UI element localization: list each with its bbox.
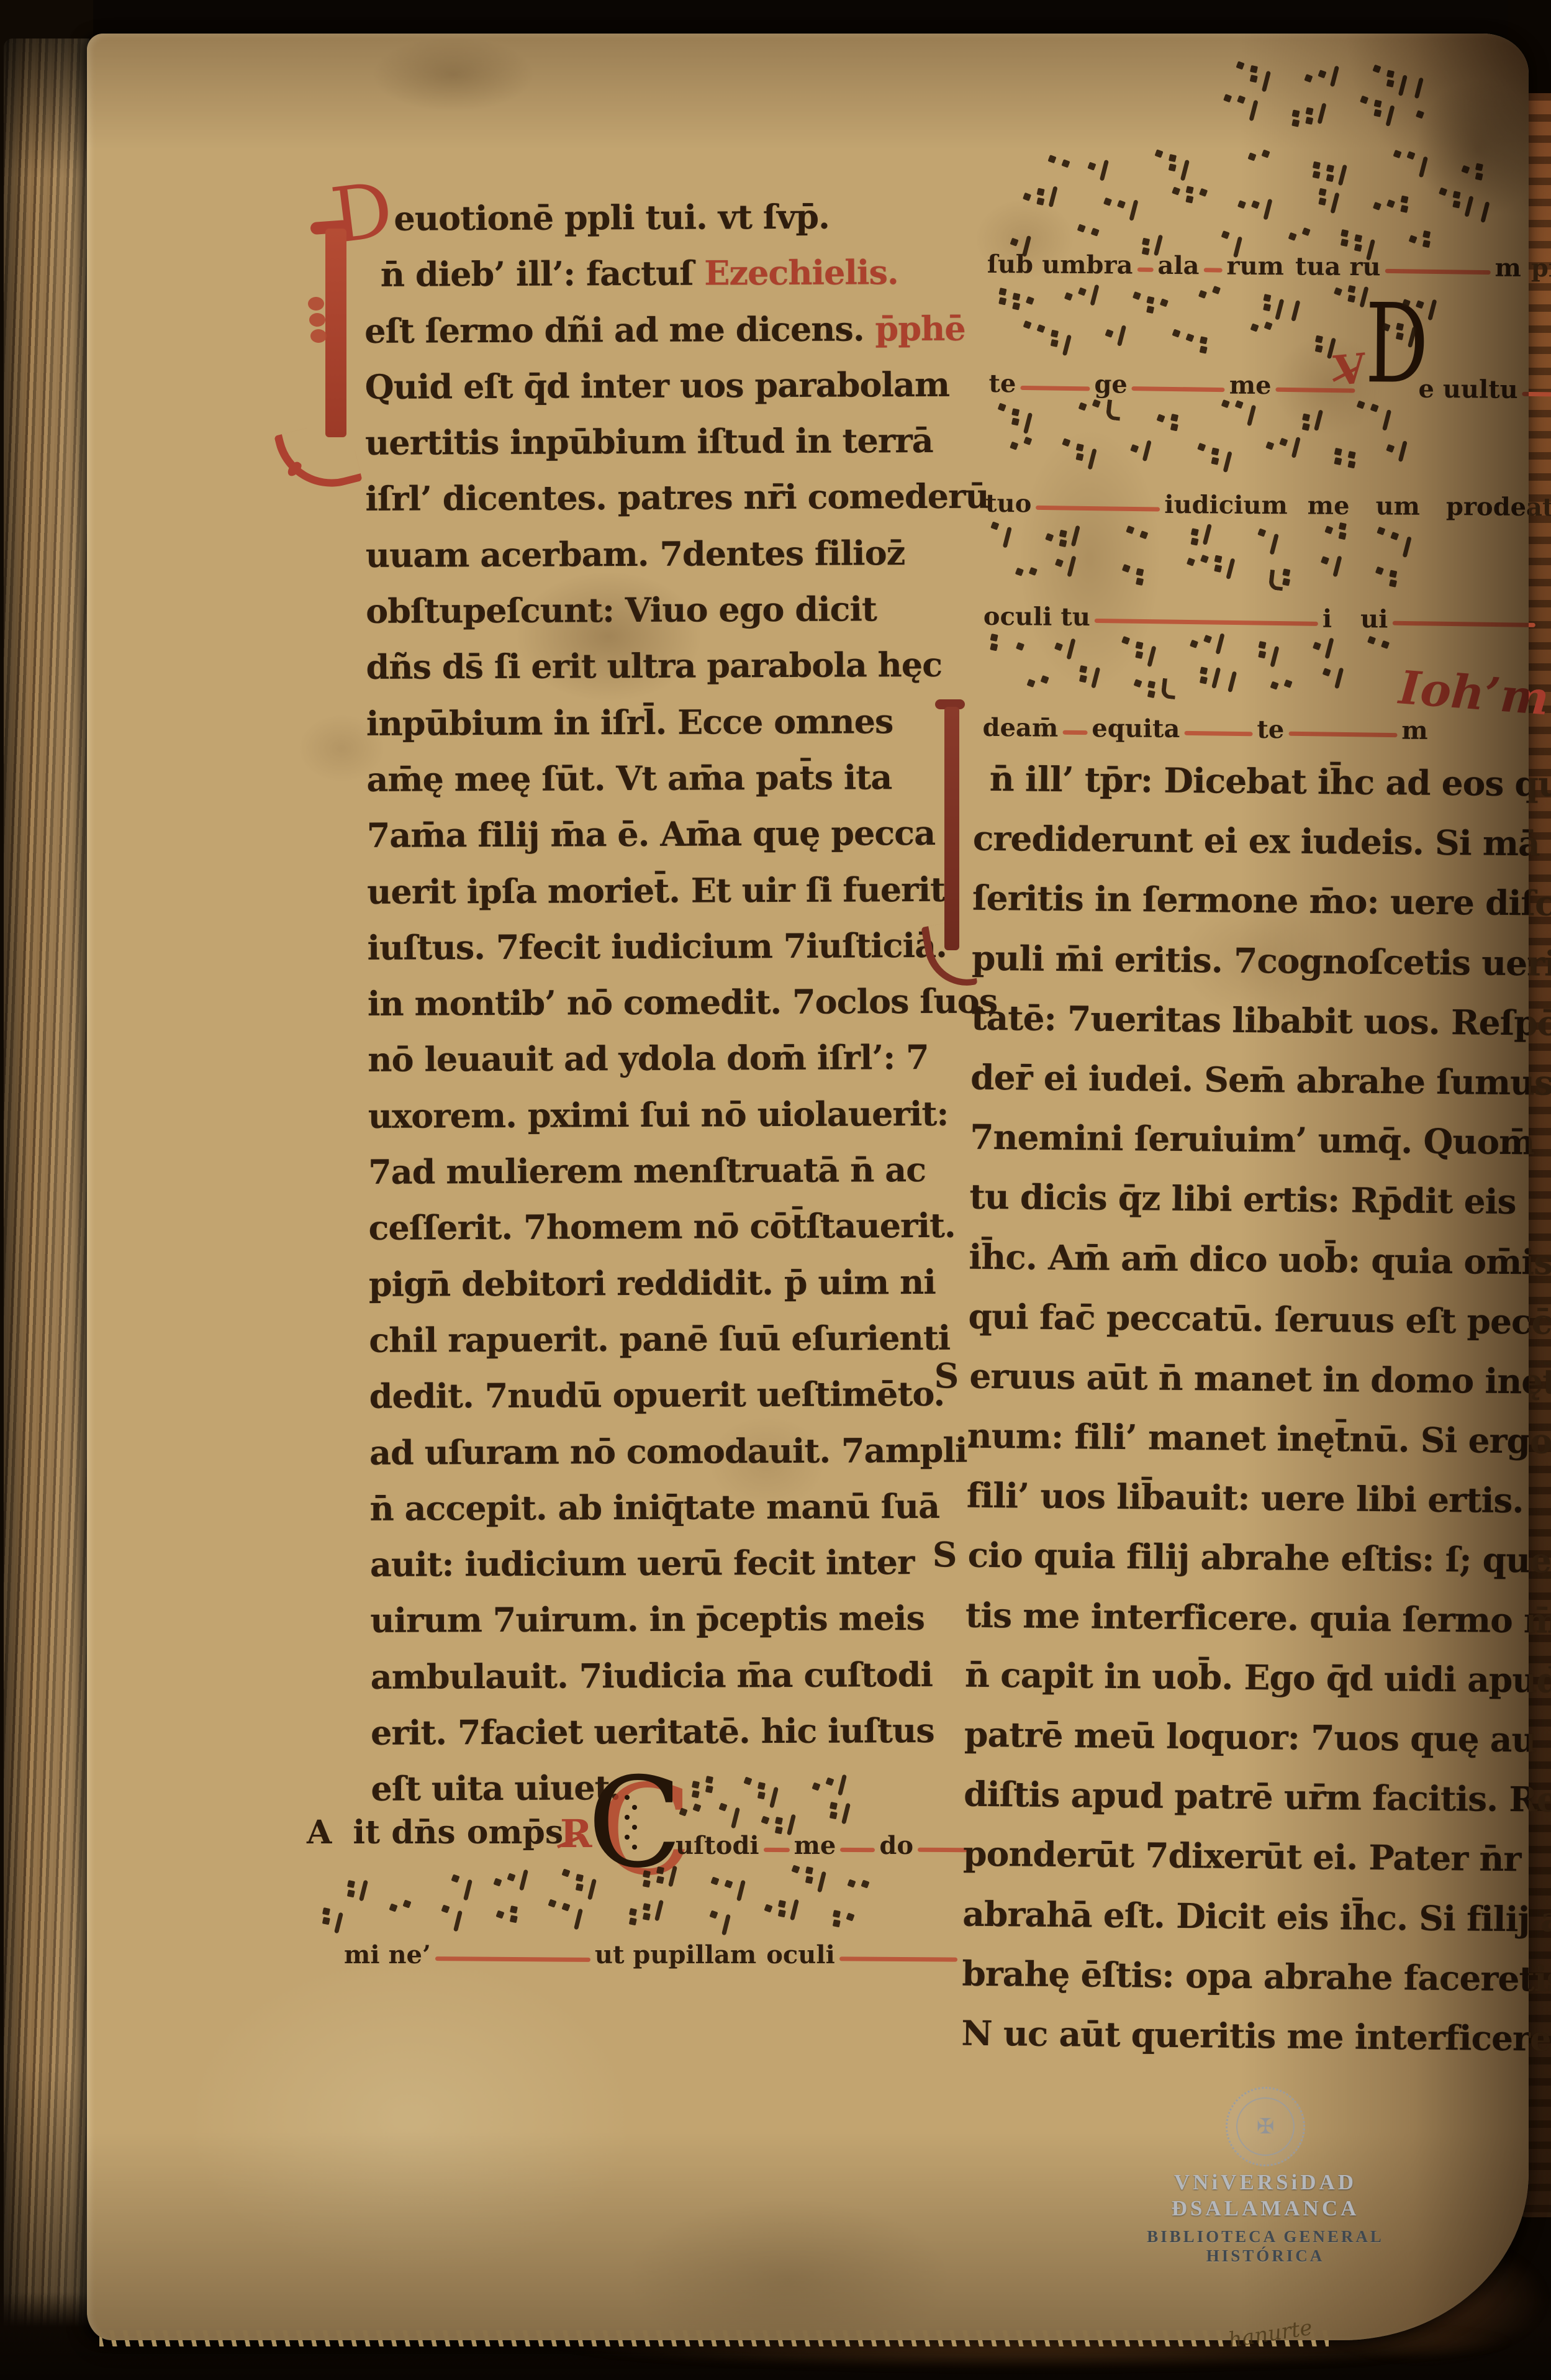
neume-mark bbox=[998, 402, 1006, 411]
body-text: n̄ capit in uob̄. Ego q̄d uidi apud bbox=[965, 1654, 1551, 1700]
body-text: tatē: 7ueritas libabit uos. Reſpō bbox=[971, 997, 1551, 1043]
body-text: tu dicis q̄z libi ertis: Rp̄dit eis bbox=[969, 1176, 1516, 1222]
manuscript-line: fili’ uos lib̄auit: uere libi ertis. bbox=[966, 1475, 1532, 1540]
neume-mark bbox=[1011, 408, 1020, 416]
red-extender-line bbox=[1062, 730, 1087, 735]
neume-mark bbox=[1023, 193, 1031, 201]
neume-mark bbox=[1223, 94, 1232, 102]
neume-mark bbox=[1142, 238, 1150, 246]
lyric-word: prodeat bbox=[1446, 492, 1551, 522]
neume-mark bbox=[1130, 444, 1139, 453]
neume-mark bbox=[1409, 235, 1418, 243]
neume-mark bbox=[1071, 525, 1080, 547]
neume-mark bbox=[1270, 646, 1279, 668]
manuscript-line: n̄ capit in uob̄. Ego q̄d uidi apud bbox=[964, 1654, 1530, 1719]
lyric-gap bbox=[1289, 519, 1306, 520]
lyric-word: m bbox=[1494, 253, 1521, 283]
neume-mark bbox=[1023, 412, 1033, 434]
neume-mark bbox=[1377, 527, 1385, 535]
neume-mark bbox=[1338, 165, 1347, 186]
neume-mark bbox=[1029, 566, 1038, 575]
neume-mark bbox=[1076, 443, 1084, 452]
neume-mark bbox=[1172, 329, 1180, 337]
neume-mark bbox=[1263, 198, 1272, 220]
manuscript-line: tis me interficere. quia ſermo m̄s bbox=[965, 1594, 1531, 1660]
neume-mark bbox=[1373, 202, 1381, 211]
body-text: puli m̄i eritis. 7cognoſcetis ueri bbox=[972, 937, 1551, 983]
red-extender-line bbox=[1288, 732, 1397, 737]
neume-mark bbox=[1078, 402, 1087, 411]
lyric-word: e uultu bbox=[1418, 375, 1518, 404]
neume-mark bbox=[1235, 401, 1244, 409]
body-text: ih̄c. Am̄ am̄ dico uob̄: quia om̄is bbox=[969, 1236, 1551, 1282]
neume-mark bbox=[1092, 399, 1101, 407]
neume-mark bbox=[1211, 448, 1219, 456]
neume-mark bbox=[1251, 201, 1260, 209]
lyric-word: te bbox=[1257, 715, 1284, 744]
lyric-gap bbox=[1333, 633, 1359, 634]
neume-mark bbox=[1291, 437, 1301, 458]
neume-mark bbox=[1147, 681, 1155, 689]
manuscript-line: n̄ ill’ tp̄r: Dicebat ih̄c ad eos qui bbox=[989, 758, 1539, 824]
red-extender-line bbox=[1385, 269, 1491, 275]
seal-cross-icon: ✠ bbox=[1255, 2116, 1276, 2137]
manuscript-line: crediderunt ei ex iudeis. Si mā bbox=[972, 818, 1538, 883]
manuscript-line: patrē meū loquor: 7uos quę au bbox=[964, 1714, 1529, 1779]
body-text: patrē meū loquor: 7uos quę au bbox=[964, 1714, 1536, 1760]
lyric-word: oculi bbox=[984, 602, 1052, 632]
neume-mark bbox=[1172, 186, 1180, 195]
neume-mark bbox=[1236, 61, 1244, 70]
chant-lyric-line: oculituiui bbox=[982, 602, 1539, 635]
neume-mark bbox=[1117, 200, 1126, 209]
neume-mark bbox=[1091, 667, 1100, 689]
manuscript-line: S cio quia filij abrahe eſtis: ſ; queri bbox=[932, 1535, 1531, 1600]
red-extender-line bbox=[1137, 268, 1153, 272]
body-text: S cio quia filij abrahe eſtis: ſ; queri bbox=[933, 1535, 1551, 1581]
neume-mark bbox=[1393, 150, 1402, 158]
body-text: crediderunt ei ex iudeis. Si mā bbox=[973, 818, 1540, 864]
neume-mark bbox=[1134, 679, 1142, 688]
neume-mark bbox=[1223, 451, 1232, 473]
lyric-gap bbox=[1421, 520, 1445, 521]
neume-mark bbox=[1037, 188, 1045, 196]
neume-mark bbox=[1401, 196, 1409, 204]
stamp-library-line: BIBLIOTECA GENERAL HISTÓRICA bbox=[1092, 2227, 1439, 2266]
neume-mark bbox=[1370, 404, 1379, 412]
neume-mark bbox=[1313, 161, 1321, 170]
neume-mark bbox=[1037, 324, 1046, 333]
manuscript-line: der̄ ei iudei. Sem̄ abrahe ſumus: bbox=[970, 1057, 1536, 1122]
neume-mark bbox=[1348, 285, 1356, 293]
neume-mark bbox=[1330, 66, 1339, 88]
chant-lyric-line: tuoiudiciummeumprodeat bbox=[984, 489, 1551, 522]
red-extender-line bbox=[1184, 731, 1252, 737]
neume-mark bbox=[1062, 438, 1070, 447]
neume-mark bbox=[1386, 199, 1395, 208]
body-text: S eruus aūt n̄ manet in domo inęt̄ bbox=[934, 1355, 1551, 1402]
neume-mark bbox=[1249, 100, 1258, 122]
neume-mark bbox=[1339, 522, 1347, 530]
lyric-word: tua bbox=[1295, 252, 1341, 281]
neume-mark bbox=[1422, 230, 1431, 238]
neume-mark bbox=[1318, 70, 1326, 78]
neume-mark bbox=[1136, 568, 1144, 576]
neume-mark bbox=[1282, 568, 1290, 576]
neume-mark bbox=[1427, 299, 1437, 320]
neume-mark bbox=[1302, 227, 1311, 236]
neume-mark bbox=[1389, 570, 1397, 578]
lyric-word: ala bbox=[1157, 251, 1199, 280]
neume-mark bbox=[1103, 198, 1112, 206]
neume-mark bbox=[1047, 155, 1056, 163]
neume-mark bbox=[1374, 99, 1382, 107]
neume-mark bbox=[1062, 334, 1072, 356]
neume-mark bbox=[1169, 154, 1177, 162]
lyric-word: me bbox=[1229, 371, 1272, 400]
neume-mark bbox=[990, 634, 998, 642]
manuscript-line: diſtis apud patrē ur̄m facitis. Reſ bbox=[964, 1774, 1529, 1839]
red-extender-line bbox=[1392, 621, 1535, 627]
neume-mark bbox=[1160, 678, 1177, 699]
body-text: num: fili’ manet inęt̄nū. Si ergo bbox=[967, 1415, 1551, 1461]
neume-mark bbox=[1354, 234, 1362, 242]
neume-mark bbox=[1386, 444, 1395, 453]
neume-mark bbox=[1187, 558, 1195, 566]
neume-mark bbox=[1012, 293, 1020, 301]
neume-mark bbox=[1247, 152, 1256, 161]
body-text: abrahā eſt. Dicit eis ih̄c. Si filij a bbox=[962, 1893, 1551, 1939]
neume-mark bbox=[1003, 527, 1012, 548]
neume-mark bbox=[1386, 70, 1395, 78]
neume-mark bbox=[1341, 229, 1349, 237]
neume-mark bbox=[1122, 564, 1131, 573]
lyric-word: i bbox=[1323, 604, 1332, 634]
neume-mark bbox=[1066, 638, 1075, 660]
neume-mark bbox=[1257, 529, 1266, 537]
body-text: N uc aūt queritis me interficere: bbox=[961, 2013, 1551, 2059]
neume-mark bbox=[1146, 296, 1154, 304]
neume-mark bbox=[1270, 681, 1279, 690]
body-text: qui fac̄ peccatū. ſeruus eſt pecc̄i. bbox=[968, 1296, 1551, 1342]
neume-mark bbox=[1226, 558, 1235, 580]
neume-mark bbox=[1015, 567, 1024, 576]
neume-mark bbox=[1185, 334, 1194, 342]
lyric-gap bbox=[1034, 278, 1041, 279]
red-extender-line bbox=[1203, 268, 1222, 272]
neume-mark bbox=[1247, 405, 1256, 427]
neume-mark bbox=[1306, 107, 1314, 115]
neume-mark bbox=[1304, 74, 1313, 83]
neume-mark bbox=[1041, 675, 1049, 684]
neume-mark bbox=[1010, 237, 1019, 246]
manuscript-line: ſeritis in ſermone m̄o: uere diſci bbox=[972, 878, 1537, 943]
neume-mark bbox=[1147, 645, 1156, 667]
red-extender-line bbox=[1036, 506, 1160, 512]
lyric-gap bbox=[1053, 631, 1059, 632]
neume-mark bbox=[1064, 292, 1073, 301]
neume-mark bbox=[1475, 163, 1483, 171]
neume-mark bbox=[1055, 559, 1064, 568]
manuscript-line: tu dicis q̄z libi ertis: Rp̄dit eis bbox=[969, 1176, 1535, 1242]
manuscript-line: ih̄c. Am̄ am̄ dico uob̄: quia om̄is bbox=[969, 1236, 1534, 1301]
stamp-salamanca-line: ÐSALAMANCA bbox=[1092, 2196, 1439, 2221]
neume-mark bbox=[1200, 555, 1209, 563]
neume-mark bbox=[1275, 299, 1284, 320]
neume-mark bbox=[1170, 414, 1178, 422]
chant-lyric-line: deam̄equitatem bbox=[981, 713, 1429, 745]
neume-mark bbox=[1129, 199, 1138, 221]
neume-mark bbox=[1323, 668, 1331, 676]
manuscript-line: brahę ēſtis: opa abrahe faceretis. bbox=[962, 1953, 1527, 2018]
neume-mark bbox=[1214, 555, 1222, 563]
body-text: ponderūt 7dixerūt ei. Pater n̄r bbox=[963, 1833, 1521, 1879]
neume-mark bbox=[1302, 414, 1310, 422]
manuscript-line: abrahā eſt. Dicit eis ih̄c. Si filij a bbox=[962, 1893, 1528, 1958]
neume-mark bbox=[1330, 192, 1339, 214]
neume-mark bbox=[1313, 642, 1321, 650]
neume-mark bbox=[1212, 286, 1221, 294]
lyric-word: iudicium bbox=[1164, 490, 1288, 520]
neume-mark bbox=[1324, 526, 1333, 535]
body-text: n̄ ill’ tp̄r: Dicebat ih̄c ad eos qui bbox=[990, 758, 1551, 804]
manuscript-line: 7nemini ſeruiuim’ umq̄. Quom̄ bbox=[970, 1117, 1535, 1182]
manuscript-line: tatē: 7ueritas libabit uos. Reſpō bbox=[971, 997, 1537, 1062]
neume-mark bbox=[1237, 95, 1246, 104]
neume-mark bbox=[1464, 196, 1473, 217]
neume-mark bbox=[1190, 640, 1198, 648]
neume-mark bbox=[1390, 532, 1399, 540]
manuscript-line: N uc aūt queritis me interficere: bbox=[961, 2013, 1527, 2078]
neume-mark bbox=[1121, 636, 1130, 645]
neume-mark bbox=[1250, 324, 1259, 332]
neume-mark bbox=[1372, 65, 1381, 73]
neume-mark bbox=[1263, 294, 1271, 302]
neume-mark bbox=[1067, 555, 1076, 577]
neume-mark bbox=[998, 288, 1006, 296]
manuscript-line: qui fac̄ peccatū. ſeruus eſt pecc̄i. bbox=[968, 1296, 1534, 1361]
manuscript-line: puli m̄i eritis. 7cognoſcetis ueri bbox=[971, 937, 1537, 1002]
manuscript-line: ponderūt 7dixerūt ei. Pater n̄r bbox=[963, 1833, 1529, 1899]
neume-mark bbox=[1191, 529, 1199, 537]
lyric-word: um bbox=[1375, 491, 1420, 520]
red-extender-line bbox=[1132, 386, 1225, 392]
neume-mark bbox=[1100, 160, 1109, 181]
neume-mark bbox=[1228, 671, 1237, 693]
neume-mark bbox=[1332, 556, 1342, 578]
neume-mark bbox=[1059, 529, 1067, 537]
neume-mark bbox=[1051, 330, 1059, 338]
body-text: fili’ uos lib̄auit: uere libi ertis. bbox=[966, 1475, 1523, 1521]
red-extender-line bbox=[1522, 392, 1551, 397]
neume-mark bbox=[1461, 165, 1470, 173]
neume-mark bbox=[1381, 640, 1390, 649]
neume-mark bbox=[1360, 96, 1368, 104]
neume-mark bbox=[1027, 679, 1036, 688]
neume-mark bbox=[1211, 667, 1221, 689]
neume-mark bbox=[1139, 530, 1148, 539]
lyric-gap bbox=[1285, 280, 1294, 281]
lyric-word: m bbox=[1401, 716, 1428, 745]
stamp-university-line: VNiVERSiDAD bbox=[1092, 2170, 1439, 2195]
red-extender-line bbox=[1276, 388, 1355, 393]
neume-mark bbox=[1157, 414, 1165, 422]
neume-mark bbox=[1203, 635, 1212, 643]
neume-mark bbox=[1200, 666, 1208, 674]
body-text: diſtis apud patrē ur̄m facitis. Reſ bbox=[964, 1774, 1551, 1820]
neume-mark bbox=[1126, 525, 1134, 534]
neume-mark bbox=[1439, 188, 1447, 196]
red-extender-line bbox=[1095, 619, 1318, 626]
neume-mark bbox=[1453, 191, 1461, 199]
lyric-word: ui bbox=[1360, 604, 1388, 634]
neume-mark bbox=[1200, 336, 1208, 344]
neume-mark bbox=[1117, 325, 1126, 347]
neume-mark bbox=[1135, 641, 1143, 649]
body-text: brahę ēſtis: opa abrahe faceretis. bbox=[962, 1953, 1551, 1999]
lyric-word: pro bbox=[1531, 253, 1551, 283]
library-stamp: ✠ VNiVERSiDAD ÐSALAMANCA BIBLIOTECA GENE… bbox=[1092, 2087, 1439, 2266]
neume-mark bbox=[1334, 448, 1342, 456]
neume-mark bbox=[1480, 201, 1490, 223]
neume-mark bbox=[1398, 75, 1408, 97]
lyric-gap bbox=[1342, 281, 1348, 281]
neume-mark bbox=[1264, 322, 1273, 330]
neume-mark bbox=[1023, 437, 1032, 445]
neume-mark bbox=[1416, 110, 1424, 119]
neume-mark bbox=[1367, 635, 1376, 644]
neume-mark bbox=[1077, 224, 1086, 233]
neume-mark bbox=[1142, 440, 1152, 461]
neume-mark bbox=[1133, 291, 1141, 300]
neume-mark bbox=[1279, 437, 1288, 446]
neume-mark bbox=[990, 521, 999, 530]
neume-mark bbox=[1180, 159, 1190, 181]
neume-mark bbox=[1385, 105, 1395, 127]
neume-mark bbox=[1348, 451, 1356, 459]
neume-mark bbox=[1215, 633, 1224, 655]
neume-mark bbox=[1406, 151, 1415, 160]
body-text: der̄ ei iudei. Sem̄ abrahe ſumus: bbox=[970, 1057, 1551, 1103]
neume-mark bbox=[1324, 637, 1334, 659]
neume-mark bbox=[1023, 320, 1032, 329]
neume-mark bbox=[1054, 642, 1063, 651]
neume-mark bbox=[1259, 641, 1267, 649]
neume-mark bbox=[1317, 103, 1326, 125]
lyric-gap bbox=[1350, 520, 1374, 520]
lyric-word: umbra bbox=[1042, 250, 1133, 280]
manuscript-line: num: fili’ manet inęt̄nū. Si ergo bbox=[967, 1415, 1532, 1481]
neume-mark bbox=[1314, 410, 1323, 432]
neume-mark bbox=[1291, 109, 1300, 117]
chant-lyric-line: e uultu bbox=[1417, 375, 1551, 405]
neume-mark bbox=[1403, 536, 1412, 558]
lyric-word: tuo bbox=[985, 489, 1032, 519]
chant-lyric-line: tegeme bbox=[987, 369, 1358, 401]
neume-mark bbox=[1045, 533, 1054, 542]
lyric-word: equita bbox=[1092, 714, 1180, 743]
neume-mark bbox=[1321, 556, 1329, 565]
neume-mark bbox=[1334, 288, 1342, 296]
neume-mark bbox=[1221, 399, 1230, 408]
neume-mark bbox=[1048, 186, 1057, 207]
neume-mark bbox=[1105, 399, 1121, 420]
neume-mark bbox=[1203, 524, 1212, 546]
neume-mark bbox=[1319, 188, 1327, 196]
neume-mark bbox=[1087, 162, 1096, 171]
neume-mark bbox=[1061, 160, 1070, 168]
neume-mark bbox=[1270, 534, 1279, 555]
body-text: 7nemini ſeruiuim’ umq̄. Quom̄ bbox=[970, 1117, 1535, 1163]
neume-mark bbox=[1026, 296, 1034, 305]
neume-mark bbox=[1284, 679, 1293, 688]
neume-mark bbox=[1160, 298, 1169, 307]
neume-mark bbox=[1357, 401, 1365, 409]
neume-mark bbox=[1221, 230, 1230, 239]
neume-mark bbox=[1262, 149, 1270, 158]
neume-mark bbox=[1078, 287, 1087, 296]
neume-mark bbox=[1199, 188, 1208, 197]
lyric-word: deam̄ bbox=[982, 713, 1058, 743]
neume-mark bbox=[1382, 409, 1391, 431]
neume-mark bbox=[1079, 665, 1087, 673]
neume-mark bbox=[1326, 164, 1334, 172]
right-column-text: n̄ ill’ tp̄r: Dicebat ih̄c ad eos quicre… bbox=[961, 758, 1539, 2078]
neume-mark bbox=[1016, 642, 1024, 651]
neume-mark bbox=[1088, 448, 1097, 470]
body-text: ſeritis in ſermone m̄o: uere diſci bbox=[972, 878, 1551, 924]
manuscript-photo: euotionē ppli tui. vt ſvp̄.n̄ dieb’ ill’… bbox=[0, 0, 1551, 2380]
neume-mark bbox=[1237, 200, 1246, 209]
neume-mark bbox=[1315, 335, 1323, 343]
neume-mark bbox=[1419, 156, 1428, 178]
neume-mark bbox=[1288, 232, 1297, 241]
chant-lyric-line: ſubumbraalarumtuarumpro bbox=[986, 250, 1551, 283]
neume-mark bbox=[1186, 186, 1194, 194]
lyric-word: me bbox=[1308, 491, 1350, 520]
neume-mark bbox=[1198, 289, 1207, 298]
neume-mark bbox=[1250, 65, 1258, 73]
neume-mark bbox=[1291, 300, 1300, 322]
lyric-gap bbox=[1522, 282, 1530, 283]
lyric-word: te bbox=[988, 369, 1016, 398]
neume-mark bbox=[1154, 149, 1163, 158]
lyric-word: ru bbox=[1349, 252, 1380, 281]
neume-mark bbox=[1334, 668, 1344, 689]
right-initial-i-stem bbox=[944, 707, 959, 950]
body-text: tis me interficere. quia ſermo m̄s bbox=[965, 1594, 1551, 1640]
red-extender-line bbox=[1020, 386, 1090, 391]
neume-mark bbox=[1197, 442, 1206, 451]
neume-mark bbox=[1375, 566, 1384, 575]
neume-mark bbox=[1105, 329, 1113, 337]
neume-mark bbox=[1414, 77, 1424, 99]
university-seal-icon: ✠ bbox=[1226, 2087, 1305, 2166]
lyric-word: tu bbox=[1060, 602, 1090, 632]
lyric-word: ge bbox=[1094, 370, 1128, 399]
neume-mark bbox=[1398, 440, 1408, 462]
neume-mark bbox=[1091, 228, 1100, 237]
neume-mark bbox=[1262, 70, 1271, 92]
manuscript-line: S eruus aūt n̄ manet in domo inęt̄ bbox=[934, 1355, 1533, 1420]
neume-mark bbox=[1265, 442, 1274, 450]
neume-mark bbox=[1090, 284, 1099, 306]
neume-mark bbox=[1010, 441, 1018, 450]
